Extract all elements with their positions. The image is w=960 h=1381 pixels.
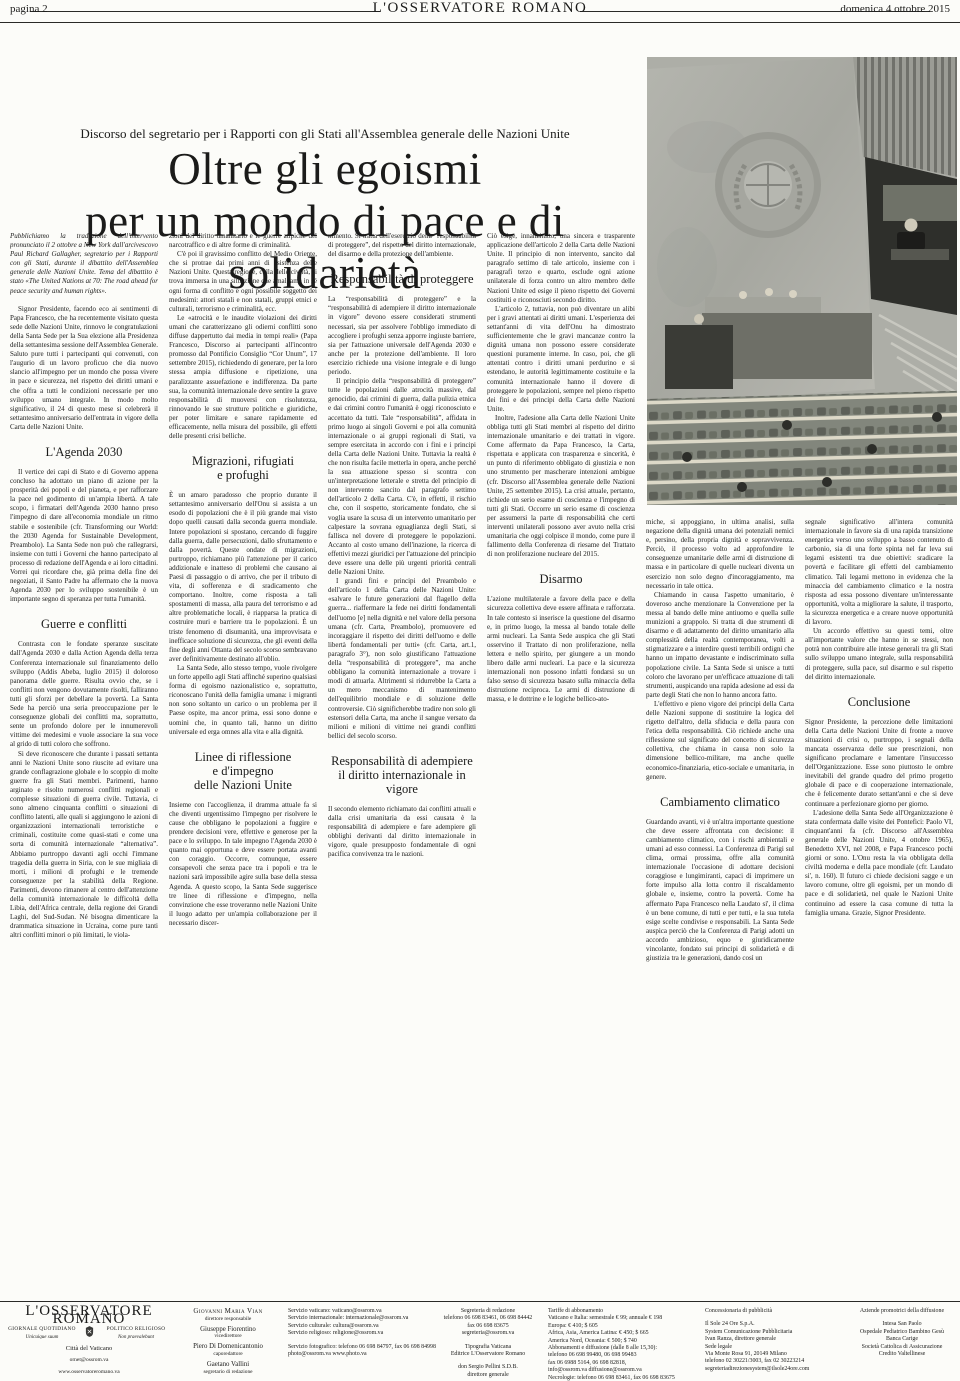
paragraph: Pubblichiamo la traduzione dell'interven… bbox=[10, 232, 158, 296]
page-date: domenica 4 ottobre 2015 bbox=[840, 3, 950, 15]
footer-line: fax 06 698 83675 bbox=[440, 1323, 536, 1330]
paragraph: Inoltre, l'adesione alla Carta delle Naz… bbox=[487, 414, 635, 560]
footer-line: Vaticano e Italia: semestrale € 99; annu… bbox=[548, 1315, 688, 1322]
footer-line: don Sergio Pellini S.D.B. bbox=[440, 1364, 536, 1371]
footer-line: Servizio fotografico: telefono 06 698 84… bbox=[288, 1344, 438, 1351]
page-header: pagina 2 L'OSSERVATORE ROMANO domenica 4… bbox=[0, 0, 960, 23]
footer-line: Necrologie: telefono 06 698 83461, fax 0… bbox=[548, 1375, 688, 1381]
paragraph: I grandi fini e principi del Preambolo e… bbox=[328, 577, 476, 741]
footer-caption-left: GIORNALE QUOTIDIANO Unicuique suum bbox=[7, 1326, 77, 1341]
footer-line: America Nord, Oceania: € 500; $ 740 bbox=[548, 1338, 688, 1345]
footer-line: Il Sole 24 Ore S.p.A. bbox=[705, 1321, 835, 1328]
footer-rule bbox=[0, 1301, 960, 1302]
footer-line: segreteriadirezionesystem@ilsole24ore.co… bbox=[705, 1366, 835, 1373]
article-column-1: Pubblichiamo la traduzione dell'interven… bbox=[10, 232, 158, 1273]
paragraph: Il vertice dei capi di Stato e di Govern… bbox=[10, 468, 158, 604]
section-heading: Disarmo bbox=[487, 572, 635, 586]
footer-masthead: L'OSSERVATORE ROMANO bbox=[5, 1308, 173, 1323]
article-column-5: miche, si appoggiano, in ultima analisi,… bbox=[646, 518, 794, 1273]
footer-line: Credito Valtellinese bbox=[848, 1351, 956, 1358]
footer-staff-block: Giovanni Maria Viandirettore responsabil… bbox=[180, 1308, 276, 1376]
footer-line: telefono 06 698 83461, 06 698 84442 bbox=[440, 1315, 536, 1322]
paragraph: Si deve riconoscere che durante i passat… bbox=[10, 750, 158, 941]
paragraph: Insieme con l'accoglienza, il dramma att… bbox=[169, 801, 317, 928]
footer-aziende-block: Aziende promotrici della diffusioneIntes… bbox=[848, 1308, 956, 1358]
footer-line: telefono 06 698 99480, 06 698 99483 bbox=[548, 1352, 688, 1359]
footer-line: Intesa San Paolo bbox=[848, 1321, 956, 1328]
footer-line: Servizio culturale: cultura@ossrom.va bbox=[288, 1323, 438, 1330]
paragraph: L'adesione della Santa Sede all'Organizz… bbox=[805, 809, 953, 918]
paragraph: miche, si appoggiano, in ultima analisi,… bbox=[646, 518, 794, 591]
paragraph: C'è poi il gravissimo conflitto del Medi… bbox=[169, 250, 317, 314]
footer-line: Ivan Ranza, direttore generale bbox=[705, 1336, 835, 1343]
footer-email: ornet@ossrom.va bbox=[5, 1357, 173, 1365]
footer-line: caporedattore bbox=[180, 1351, 276, 1359]
article-kicker: Discorso del segretario per i Rapporti c… bbox=[10, 126, 640, 142]
footer-line: Giovanni Maria Vian bbox=[180, 1308, 276, 1316]
footer-line: Editrice L'Osservatore Romano bbox=[440, 1351, 536, 1358]
un-assembly-photo bbox=[647, 57, 957, 505]
article-column-3: nimento. Si tratta dell'esercizio della … bbox=[328, 232, 476, 1273]
newspaper-page: pagina 2 L'OSSERVATORE ROMANO domenica 4… bbox=[0, 0, 960, 1381]
footer-line: Concessionaria di pubblicità bbox=[705, 1308, 835, 1315]
section-heading: Responsabilità di proteggere bbox=[328, 272, 476, 286]
paragraph: La “responsabilità di proteggere” e la “… bbox=[328, 295, 476, 377]
page-footer: L'OSSERVATORE ROMANO GIORNALE QUOTIDIANO… bbox=[0, 1306, 960, 1381]
footer-line: Giuseppe Fiorentino bbox=[180, 1326, 276, 1334]
footer-line: Sede legale bbox=[705, 1344, 835, 1351]
footer-line: Servizio religioso: religione@ossrom.va bbox=[288, 1330, 438, 1337]
footer-line: Aziende promotrici della diffusione bbox=[848, 1308, 956, 1315]
footer-line: Ospedale Pediatrico Bambino Gesù bbox=[848, 1329, 956, 1336]
paragraph: Le «atrocità e le inaudite violazioni de… bbox=[169, 314, 317, 441]
footer-line: direttore generale bbox=[440, 1372, 536, 1379]
section-heading: Responsabilità di adempiere il diritto i… bbox=[328, 754, 476, 796]
paragraph: Chiamando in causa l'aspetto umanitario,… bbox=[646, 591, 794, 700]
footer-website: www.osservatoreromano.va bbox=[5, 1369, 173, 1377]
paragraph: Il principio della “responsabilità di pr… bbox=[328, 377, 476, 577]
footer-segreteria-block: Segreteria di redazionetelefono 06 698 8… bbox=[440, 1308, 536, 1379]
paragraph: Signor Presidente, la percezione delle l… bbox=[805, 718, 953, 809]
header-masthead: L'OSSERVATORE ROMANO bbox=[0, 0, 960, 17]
paragraph: Un accordo effettivo su questi temi, olt… bbox=[805, 627, 953, 682]
paragraph: La Santa Sede, allo stesso tempo, vuole … bbox=[169, 664, 317, 737]
footer-line: vicedirettore bbox=[180, 1333, 276, 1341]
footer-line: Servizio vaticano: vaticano@ossrom.va bbox=[288, 1308, 438, 1315]
un-assembly-photo-graphic bbox=[647, 57, 957, 505]
article-column-4: Ciò esige, innanzitutto, una sincera e t… bbox=[487, 232, 635, 1273]
paragraph: L'effettivo e pieno vigore dei principi … bbox=[646, 700, 794, 782]
paragraph: nimento. Si tratta dell'esercizio della … bbox=[328, 232, 476, 259]
footer-line: System Comunicazione Pubblicitaria bbox=[705, 1329, 835, 1336]
section-heading: Conclusione bbox=[805, 695, 953, 709]
footer-line: Società Cattolica di Assicurazione bbox=[848, 1344, 956, 1351]
paragraph: Contrasta con le fondate speranze suscit… bbox=[10, 640, 158, 749]
paragraph: L'articolo 2, tuttavia, non può diventar… bbox=[487, 305, 635, 414]
footer-line: photo@ossrom.va www.photo.va bbox=[288, 1351, 438, 1358]
footer-line: Piero Di Domenicantonio bbox=[180, 1343, 276, 1351]
footer-line: Gaetano Vallini bbox=[180, 1361, 276, 1369]
paragraph: Guardando avanti, vi è un'altra importan… bbox=[646, 818, 794, 964]
paragraph: È un amaro paradosso che proprio durante… bbox=[169, 491, 317, 664]
footer-line: Tipografia Vaticana bbox=[440, 1344, 536, 1351]
section-heading: Migrazioni, rifugiati e profughi bbox=[169, 454, 317, 482]
footer-line: direttore responsabile bbox=[180, 1316, 276, 1324]
footer-services-block: Servizio vaticano: vaticano@ossrom.vaSer… bbox=[288, 1308, 438, 1358]
footer-line: segretario di redazione bbox=[180, 1369, 276, 1377]
footer-abbonamenti-block: Tariffe di abbonamentoVaticano e Italia:… bbox=[548, 1308, 688, 1381]
footer-masthead-block: L'OSSERVATORE ROMANO GIORNALE QUOTIDIANO… bbox=[5, 1308, 173, 1376]
footer-line: Africa, Asia, America Latina: € 450; $ 6… bbox=[548, 1330, 688, 1337]
footer-caption-right: POLITICO RELIGIOSO Non praevalebunt bbox=[101, 1326, 171, 1341]
footer-pubblicita-block: Concessionaria di pubblicitàIl Sole 24 O… bbox=[705, 1308, 835, 1373]
footer-line: Servizio internazionale: internazionale@… bbox=[288, 1315, 438, 1322]
footer-line: telefono 02 30221/3003, fax 02 30223214 bbox=[705, 1358, 835, 1365]
paragraph: Il secondo elemento richiamato dai confl… bbox=[328, 805, 476, 860]
section-heading: L'Agenda 2030 bbox=[10, 445, 158, 459]
paragraph: Ciò esige, innanzitutto, una sincera e t… bbox=[487, 232, 635, 305]
footer-city: Città del Vaticano bbox=[5, 1345, 173, 1353]
footer-line: info@ossrom.va diffusione@ossrom.va bbox=[548, 1367, 688, 1374]
footer-line: Banca Carige bbox=[848, 1336, 956, 1343]
un-emblem-icon bbox=[715, 132, 821, 238]
paragraph: segnale significativo all'intera comunit… bbox=[805, 518, 953, 627]
footer-line: segreteria@ossrom.va bbox=[440, 1330, 536, 1337]
article-column-2: zioni del diritto umanitario e le guerre… bbox=[169, 232, 317, 1273]
paragraph: L'azione multilaterale a favore della pa… bbox=[487, 595, 635, 704]
footer-line: Tariffe di abbonamento bbox=[548, 1308, 688, 1315]
papal-coat-of-arms-icon bbox=[85, 1326, 94, 1337]
section-heading: Cambiamento climatico bbox=[646, 795, 794, 809]
paragraph: Signor Presidente, facendo eco ai sentim… bbox=[10, 305, 158, 432]
section-heading: Linee di riflessione e d'impegno delle N… bbox=[169, 750, 317, 792]
paragraph: zioni del diritto umanitario e le guerre… bbox=[169, 232, 317, 250]
section-heading: Guerre e conflitti bbox=[10, 617, 158, 631]
article-column-6: segnale significativo all'intera comunit… bbox=[805, 518, 953, 1273]
